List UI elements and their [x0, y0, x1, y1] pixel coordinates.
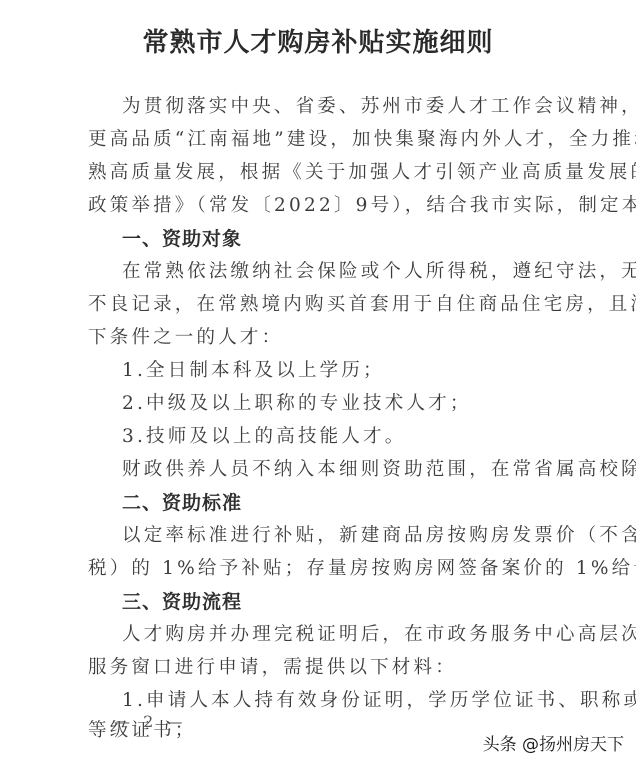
- intro-line-3: 熟高质量发展，根据《关于加强人才引领产业高质量发展的若干: [88, 158, 636, 184]
- intro-line-4: 政策举措》（常发〔2022〕9号），结合我市实际，制定本细则。: [88, 191, 636, 217]
- section-1-item-3: 3.技师及以上的高技能人才。: [122, 422, 406, 448]
- section-heading-1: 一、资助对象: [122, 224, 242, 251]
- section-1-line-2: 不良记录，在常熟境内购买首套用于自住商品住宅房，且满足以: [88, 290, 636, 316]
- document-title: 常熟市人才购房补贴实施细则: [0, 22, 636, 59]
- section-3-line-1: 人才购房并办理完税证明后，在市政务服务中心高层次人才: [122, 620, 636, 646]
- section-1-item-1: 1.全日制本科及以上学历；: [122, 356, 385, 382]
- source-watermark: 头条 @扬州房天下: [483, 730, 624, 755]
- section-1-line-1: 在常熟依法缴纳社会保险或个人所得税，遵纪守法，无相关: [122, 257, 636, 283]
- section-3-item-1: 1.申请人本人持有效身份证明，学历学位证书、职称或技能: [122, 686, 636, 712]
- intro-line-2: 更高品质“江南福地”建设，加快集聚海内外人才，全力推动常: [88, 125, 636, 151]
- section-1-note: 财政供养人员不纳入本细则资助范围，在常省属高校除外。: [122, 455, 636, 481]
- section-heading-2: 二、资助标准: [122, 488, 242, 515]
- section-3-line-2: 服务窗口进行申请，需提供以下材料：: [88, 653, 457, 679]
- intro-line-1: 为贯彻落实中央、省委、苏州市委人才工作会议精神，围绕: [122, 92, 636, 118]
- section-1-item-2: 2.中级及以上职称的专业技术人才；: [122, 389, 472, 415]
- section-2-line-1: 以定率标准进行补贴，新建商品房按购房发票价（不含增值: [122, 521, 636, 547]
- section-2-line-2: 税）的 1%给予补贴；存量房按购房网签备案价的 1%给予补贴。: [88, 554, 636, 580]
- section-heading-3: 三、资助流程: [122, 587, 242, 614]
- section-1-line-3: 下条件之一的人才：: [88, 323, 283, 349]
- page-number: — 2 —: [114, 712, 186, 731]
